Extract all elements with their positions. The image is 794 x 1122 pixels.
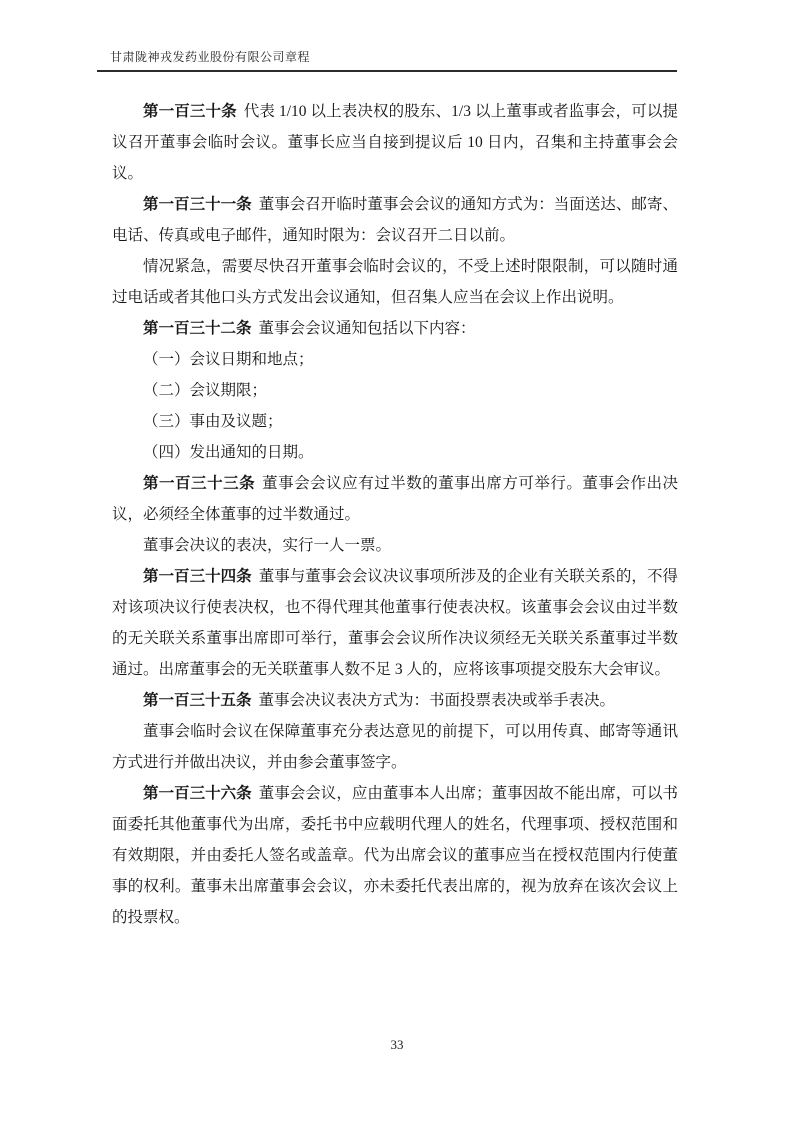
page-header: 甘肃陇神戎发药业股份有限公司章程 <box>97 50 677 72</box>
body-paragraph: （二）会议期限； <box>112 375 678 406</box>
article-paragraph: 第一百三十六条董事会会议，应由董事本人出席；董事因故不能出席，可以书面委托其他董… <box>112 778 678 933</box>
paragraph-text: （四）发出通知的日期。 <box>143 444 314 461</box>
article-number: 第一百三十条 <box>143 103 237 120</box>
paragraph-text: 董事会决议的表决，实行一人一票。 <box>143 537 391 554</box>
article-number: 第一百三十二条 <box>143 320 252 337</box>
article-paragraph: 第一百三十四条董事与董事会会议决议事项所涉及的企业有关联关系的，不得对该项决议行… <box>112 561 678 685</box>
paragraph-text: 情况紧急，需要尽快召开董事会临时会议的，不受上述时限限制，可以随时通过电话或者其… <box>112 258 678 306</box>
document-body: 第一百三十条代表 1/10 以上表决权的股东、1/3 以上董事或者监事会，可以提… <box>112 96 678 933</box>
article-paragraph: 第一百三十二条董事会会议通知包括以下内容： <box>112 313 678 344</box>
body-paragraph: （一）会议日期和地点； <box>112 344 678 375</box>
body-paragraph: 董事会决议的表决，实行一人一票。 <box>112 530 678 561</box>
page-number: 33 <box>391 1037 404 1052</box>
paragraph-text: （二）会议期限； <box>143 382 267 399</box>
body-paragraph: （三）事由及议题； <box>112 406 678 437</box>
article-paragraph: 第一百三十一条董事会召开临时董事会会议的通知方式为：当面送达、邮寄、电话、传真或… <box>112 189 678 251</box>
paragraph-text: （三）事由及议题； <box>143 413 283 430</box>
article-paragraph: 第一百三十五条董事会决议表决方式为：书面投票表决或举手表决。 <box>112 685 678 716</box>
article-paragraph: 第一百三十三条董事会会议应有过半数的董事出席方可举行。董事会作出决议，必须经全体… <box>112 468 678 530</box>
document-page: 甘肃陇神戎发药业股份有限公司章程 第一百三十条代表 1/10 以上表决权的股东、… <box>0 0 794 1122</box>
article-number: 第一百三十四条 <box>143 568 252 585</box>
article-number: 第一百三十一条 <box>143 196 252 213</box>
paragraph-text: 董事会临时会议在保障董事充分表达意见的前提下，可以用传真、邮寄等通讯方式进行并做… <box>112 723 678 771</box>
article-number: 第一百三十五条 <box>143 692 252 709</box>
article-paragraph: 第一百三十条代表 1/10 以上表决权的股东、1/3 以上董事或者监事会，可以提… <box>112 96 678 189</box>
document-title: 甘肃陇神戎发药业股份有限公司章程 <box>97 50 677 64</box>
body-paragraph: （四）发出通知的日期。 <box>112 437 678 468</box>
article-number: 第一百三十三条 <box>143 475 255 492</box>
paragraph-text: 董事会决议表决方式为：书面投票表决或举手表决。 <box>258 692 615 709</box>
paragraph-text: （一）会议日期和地点； <box>143 351 314 368</box>
paragraph-text: 董事会会议，应由董事本人出席；董事因故不能出席，可以书面委托其他董事代为出席，委… <box>112 785 678 926</box>
page-footer: 33 <box>0 1036 794 1054</box>
article-number: 第一百三十六条 <box>143 785 252 802</box>
body-paragraph: 情况紧急，需要尽快召开董事会临时会议的，不受上述时限限制，可以随时通过电话或者其… <box>112 251 678 313</box>
body-paragraph: 董事会临时会议在保障董事充分表达意见的前提下，可以用传真、邮寄等通讯方式进行并做… <box>112 716 678 778</box>
paragraph-text: 董事会会议通知包括以下内容： <box>258 320 475 337</box>
